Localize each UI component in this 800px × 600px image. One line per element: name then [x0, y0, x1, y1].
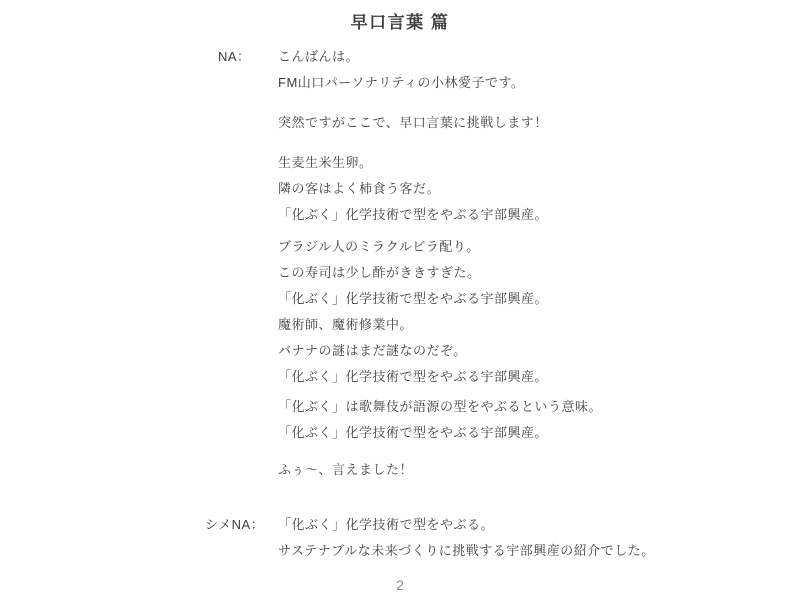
script-line: 「化ぶく」化学技術で型をやぶる宇部興産。: [278, 286, 770, 312]
script-block: ブラジル人のミラクルビラ配り。この寿司は少し酢がききすぎた。「化ぶく」化学技術で…: [205, 234, 770, 312]
script-line: 突然ですがここで、早口言葉に挑戦します！: [278, 110, 770, 136]
script-lines: 魔術師、魔術修業中。バナナの謎はまだ謎なのだぞ。「化ぶく」化学技術で型をやぶる宇…: [278, 312, 770, 390]
script-lines: ブラジル人のミラクルビラ配り。この寿司は少し酢がききすぎた。「化ぶく」化学技術で…: [278, 234, 770, 312]
script-lines: 「化ぶく」化学技術で型をやぶる。サステナブルな未来づくりに挑戦する宇部興産の紹介…: [278, 512, 770, 564]
script-line: FM山口パーソナリティの小林愛子です。: [278, 70, 770, 96]
script-block: 「化ぶく」は歌舞伎が語源の型をやぶるという意味。「化ぶく」化学技術で型をやぶる宇…: [205, 394, 770, 446]
script-block: 魔術師、魔術修業中。バナナの謎はまだ謎なのだぞ。「化ぶく」化学技術で型をやぶる宇…: [205, 312, 770, 390]
page-title: 早口言葉 篇: [0, 0, 800, 33]
script-lines: 突然ですがここで、早口言葉に挑戦します！: [278, 110, 770, 136]
script-line: 隣の客はよく柿食う客だ。: [278, 176, 770, 202]
page-number: 2: [0, 577, 800, 593]
script-line: 「化ぶく」化学技術で型をやぶる宇部興産。: [278, 364, 770, 390]
script-lines: こんばんは。FM山口パーソナリティの小林愛子です。: [278, 44, 770, 96]
script-body: NA： こんばんは。FM山口パーソナリティの小林愛子です。 突然ですがここで、早…: [205, 44, 770, 564]
speaker-label: NA：: [205, 44, 278, 70]
script-block: 生麦生米生卵。隣の客はよく柿食う客だ。「化ぶく」化学技術で型をやぶる宇部興産。: [205, 150, 770, 228]
script-line: 「化ぶく」化学技術で型をやぶる宇部興産。: [278, 420, 770, 446]
script-line: 魔術師、魔術修業中。: [278, 312, 770, 338]
script-line: この寿司は少し酢がききすぎた。: [278, 260, 770, 286]
script-block: NA： こんばんは。FM山口パーソナリティの小林愛子です。: [205, 44, 770, 96]
script-block: 突然ですがここで、早口言葉に挑戦します！: [205, 110, 770, 136]
script-lines: 「化ぶく」は歌舞伎が語源の型をやぶるという意味。「化ぶく」化学技術で型をやぶる宇…: [278, 394, 770, 446]
script-block: ふぅ～、言えました！: [205, 457, 770, 483]
script-page: 早口言葉 篇 NA： こんばんは。FM山口パーソナリティの小林愛子です。 突然で…: [0, 0, 800, 600]
script-line: 「化ぶく」は歌舞伎が語源の型をやぶるという意味。: [278, 394, 770, 420]
script-line: バナナの謎はまだ謎なのだぞ。: [278, 338, 770, 364]
script-line: 「化ぶく」化学技術で型をやぶる。: [278, 512, 770, 538]
script-line: ブラジル人のミラクルビラ配り。: [278, 234, 770, 260]
script-line: ふぅ～、言えました！: [278, 457, 770, 483]
script-lines: ふぅ～、言えました！: [278, 457, 770, 483]
script-line: 生麦生米生卵。: [278, 150, 770, 176]
script-line: こんばんは。: [278, 44, 770, 70]
script-line: 「化ぶく」化学技術で型をやぶる宇部興産。: [278, 202, 770, 228]
script-lines: 生麦生米生卵。隣の客はよく柿食う客だ。「化ぶく」化学技術で型をやぶる宇部興産。: [278, 150, 770, 228]
script-line: サステナブルな未来づくりに挑戦する宇部興産の紹介でした。: [278, 538, 770, 564]
speaker-label: シメNA：: [205, 512, 278, 538]
script-block: シメNA： 「化ぶく」化学技術で型をやぶる。サステナブルな未来づくりに挑戦する宇…: [205, 512, 770, 564]
